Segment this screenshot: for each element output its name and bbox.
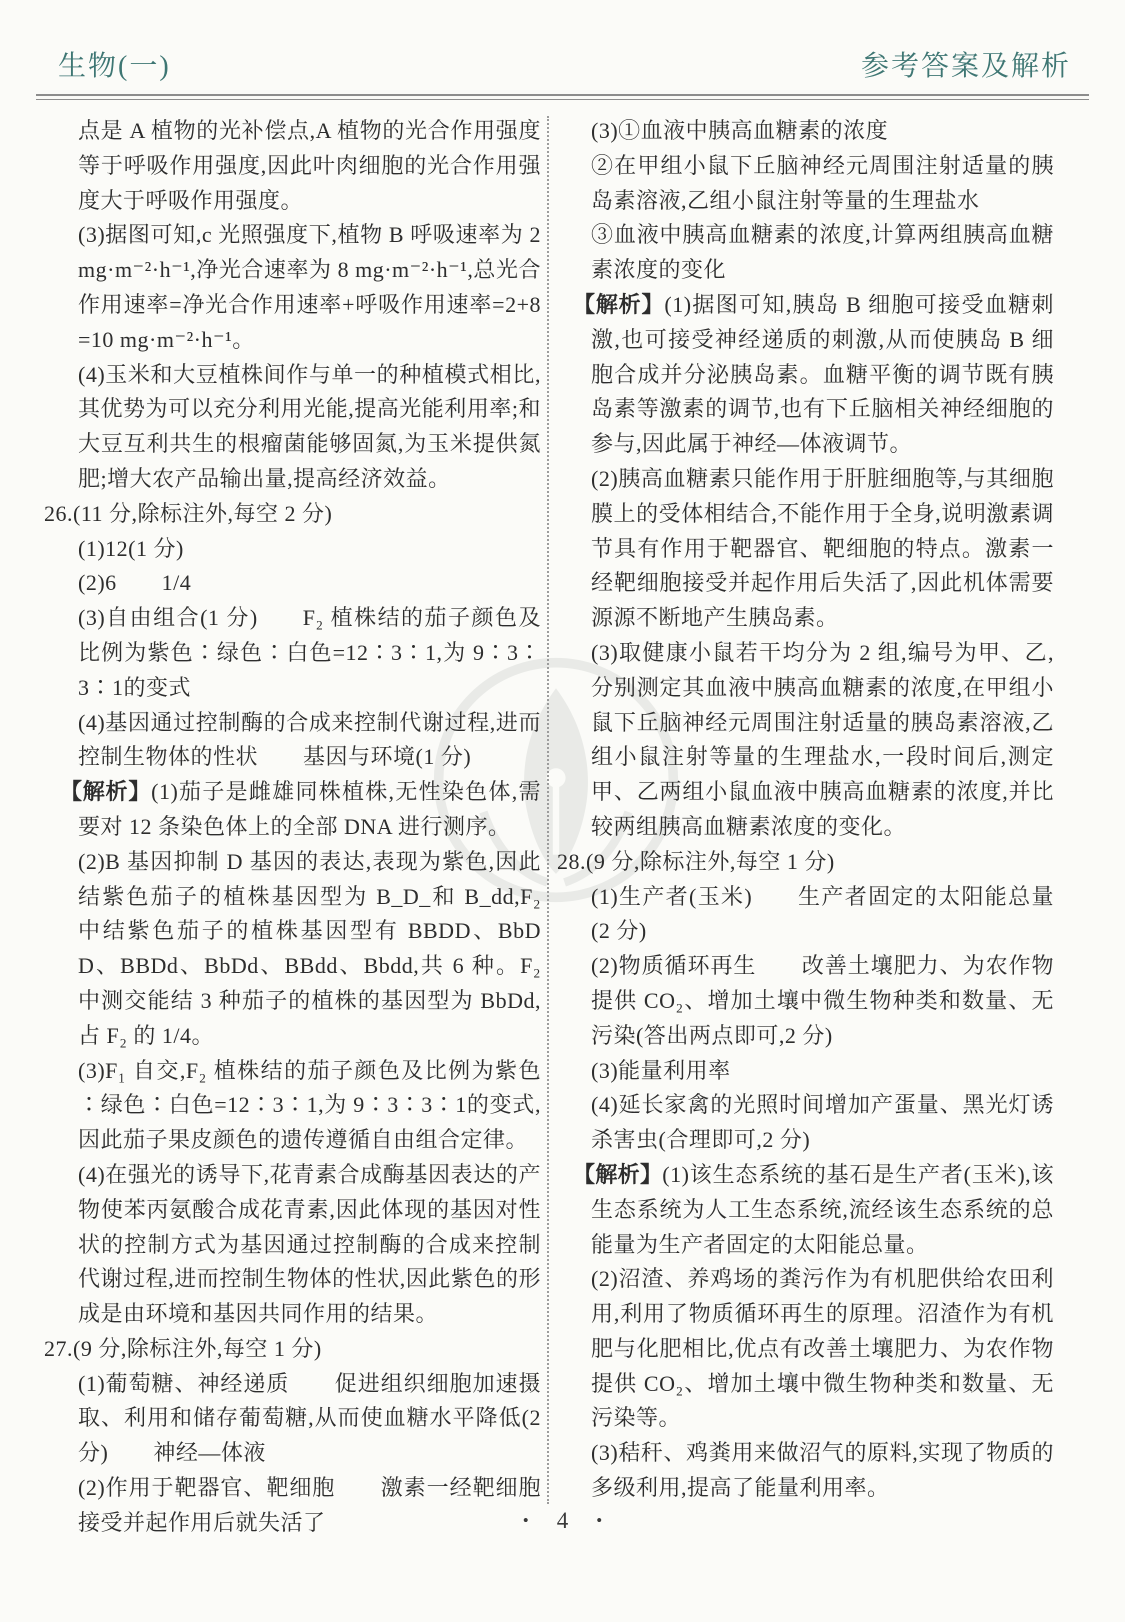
answer-paragraph: (3)秸秆、鸡粪用来做沼气的原料,实现了物质的多级利用,提高了能量利用率。: [591, 1436, 1054, 1506]
answer-paragraph: (4)在强光的诱导下,花青素合成酶基因表达的产物使苯丙氨酸合成花青素,因此体现的…: [78, 1158, 541, 1332]
analysis-paragraph: 【解析】(1)据图可知,胰岛 B 细胞可接受血糖刺激,也可接受神经递质的刺激,从…: [591, 288, 1054, 462]
answer-paragraph: (3)能量利用率: [591, 1054, 1054, 1089]
analysis-paragraph: 【解析】(1)该生态系统的基石是生产者(玉米),该生态系统为人工生态系统,流经该…: [591, 1158, 1054, 1262]
footer-bullet-right: •: [596, 1511, 602, 1530]
answer-paragraph: (2)物质循环再生 改善土壤肥力、为农作物提供 CO₂、增加土壤中微生物种类和数…: [591, 949, 1054, 1053]
answer-paragraph: (1)葡萄糖、神经递质 促进组织细胞加速摄取、利用和储存葡萄糖,从而使血糖水平降…: [78, 1367, 541, 1471]
answer-paragraph: (3)取健康小鼠若干均分为 2 组,编号为甲、乙,分别测定其血液中胰高血糖素的浓…: [591, 636, 1054, 845]
page-number: 4: [557, 1508, 569, 1533]
footer-bullet-left: •: [523, 1511, 529, 1530]
answer-paragraph: (2)沼渣、养鸡场的粪污作为有机肥供给农田利用,利用了物质循环再生的原理。沼渣作…: [591, 1262, 1054, 1436]
right-column: (3)①血液中胰高血糖素的浓度②在甲组小鼠下丘脑神经元周围注射适量的胰岛素溶液,…: [557, 114, 1054, 1506]
footer: •4•: [0, 1508, 1125, 1534]
answer-paragraph: ③血液中胰高血糖素的浓度,计算两组胰高血糖素浓度的变化: [591, 218, 1054, 288]
left-column: 点是 A 植物的光补偿点,A 植物的光合作用强度等于呼吸作用强度,因此叶肉细胞的…: [44, 114, 541, 1541]
answer-paragraph: (3)据图可知,c 光照强度下,植物 B 呼吸速率为 2 mg·m⁻²·h⁻¹,…: [78, 218, 541, 357]
header-title-right: 参考答案及解析: [861, 44, 1071, 84]
analysis-label: 【解析】: [60, 779, 151, 804]
answer-paragraph: (4)玉米和大豆植株间作与单一的种植模式相比,其优势为可以充分利用光能,提高光能…: [78, 358, 541, 497]
header: 生物(一) 参考答案及解析: [0, 0, 1125, 84]
answer-paragraph: (3)①血液中胰高血糖素的浓度: [591, 114, 1054, 149]
question-number-line: 26.(11 分,除标注外,每空 2 分): [78, 497, 541, 532]
question-number-line: 28.(9 分,除标注外,每空 1 分): [591, 845, 1054, 880]
answer-paragraph: (1)12(1 分): [78, 532, 541, 567]
answer-paragraph: (3)自由组合(1 分) F₂ 植株结的茄子颜色及比例为紫色∶绿色∶白色=12∶…: [78, 601, 541, 705]
answer-paragraph: (2)胰高血糖素只能作用于肝脏细胞等,与其细胞膜上的受体相结合,不能作用于全身,…: [591, 462, 1054, 636]
answer-paragraph: (3)F₁ 自交,F₂ 植株结的茄子颜色及比例为紫色∶绿色∶白色=12∶3∶1,…: [78, 1054, 541, 1158]
page: 生物(一) 参考答案及解析 点是 A 植物的光补偿点,A 植物的光合作用强度等于…: [0, 0, 1125, 1622]
answer-paragraph: (2)6 1/4: [78, 566, 541, 601]
content-columns: 点是 A 植物的光补偿点,A 植物的光合作用强度等于呼吸作用强度,因此叶肉细胞的…: [44, 114, 1085, 1541]
answer-paragraph: 点是 A 植物的光补偿点,A 植物的光合作用强度等于呼吸作用强度,因此叶肉细胞的…: [78, 114, 541, 218]
answer-paragraph: (2)B 基因抑制 D 基因的表达,表现为紫色,因此结紫色茄子的植株基因型为 B…: [78, 845, 541, 1054]
analysis-label: 【解析】: [573, 1162, 662, 1187]
question-number-line: 27.(9 分,除标注外,每空 1 分): [78, 1332, 541, 1367]
analysis-label: 【解析】: [573, 292, 664, 317]
header-rule: [36, 94, 1089, 100]
answer-paragraph: ②在甲组小鼠下丘脑神经元周围注射适量的胰岛素溶液,乙组小鼠注射等量的生理盐水: [591, 149, 1054, 219]
answer-paragraph: (4)延长家禽的光照时间增加产蛋量、黑光灯诱杀害虫(合理即可,2 分): [591, 1088, 1054, 1158]
answer-paragraph: (1)生产者(玉米) 生产者固定的太阳能总量(2 分): [591, 880, 1054, 950]
analysis-paragraph: 【解析】(1)茄子是雌雄同株植株,无性染色体,需要对 12 条染色体上的全部 D…: [78, 775, 541, 845]
column-divider: [547, 116, 549, 1504]
header-title-left: 生物(一): [58, 44, 171, 84]
answer-paragraph: (4)基因通过控制酶的合成来控制代谢过程,进而控制生物体的性状 基因与环境(1 …: [78, 706, 541, 776]
